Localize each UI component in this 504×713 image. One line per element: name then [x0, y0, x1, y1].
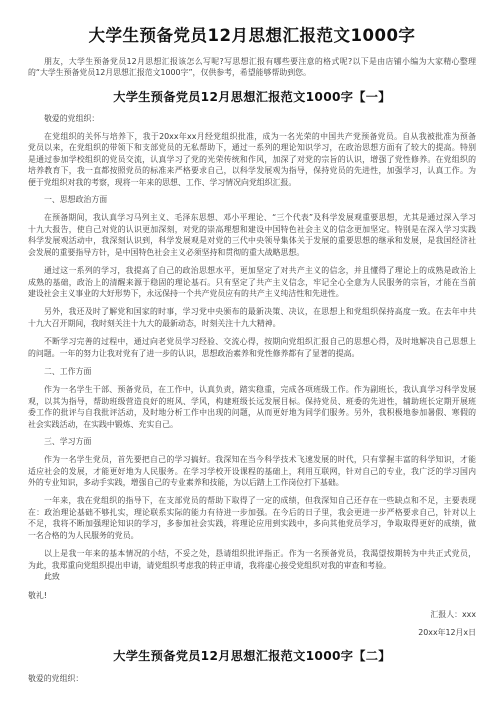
paragraph-line: 会发展的重要指导方针，是中国特色社会主义必须坚持和贯彻的重大战略思想。 [28, 247, 476, 258]
subheading-study: 三、学习方面 [44, 436, 476, 447]
paragraph-line: 以上是我一年来的基本情况的小结，不妥之处，恳请组织批评指正。作为一名预备党员，我… [44, 548, 476, 559]
paragraph-line: 十九大召开期间，我时刻关注十九大的最新动态，时刻关注十九大精神。 [28, 318, 476, 329]
paragraph-line: 的问题。一年的努力让我对党有了进一步的认识，思想政治素养和党性修养都有了显著的提… [28, 348, 476, 359]
paragraph-line: 作为一名学生干部、预备党员，在工作中，认真负责，踏实稳重，完成各项班级工作。作为… [44, 384, 476, 395]
paragraph-line: 建设社会主义事业的大好形势下，永远保持一个共产党员应有的共产主义纯洁性和先进性。 [28, 288, 476, 299]
paragraph-line: 是通过参加学校组织的党员交流，认真学习了党的光荣传统和作风，加深了对党的宗旨的认… [28, 154, 476, 165]
paragraph-line: 不足，我将不断加强理论知识的学习，多参加社会实践，将理论应用到实践中，多向其他党… [28, 518, 476, 529]
paragraph-line: 科学发展观活动中，我深刻认识到，科学发展观是对党的三代中央领导集体关于发展的重要… [28, 235, 476, 246]
paragraph-line: 在党组织的关怀与培养下，我于20xx年xx月经党组织批准，成为一名光荣的中国共产… [44, 131, 476, 142]
salutation: 敬爱的党组织： [44, 113, 476, 124]
paragraph-line: 十九大报告，使自己对党的认识更加深刻，对党的崇高理想和建设中国特色社会主义的信念… [28, 224, 476, 235]
paragraph-line: 便于党组织对我的考察，现将一年来的思想、工作、学习情况向党组织汇报。 [28, 177, 476, 188]
closing-1: 此致 [44, 571, 476, 582]
paragraph-line: 通过这一系列的学习，我提高了自己的政治思想水平，更加坚定了对共产主义的信念，并且… [44, 265, 476, 276]
paragraph-line: 社会实践活动，在实践中锻炼、充实自己。 [28, 419, 476, 430]
paragraph-line: 在：政治理论基础不够扎实，理论联系实际的能力有待进一步加强。在今后的日子里，我会… [28, 507, 476, 518]
paragraph-line: 为此，我郑重向党组织提出申请，请党组织考虑我的转正申请，我将虚心接受党组织对我的… [28, 560, 476, 571]
paragraph-line: 一年来，我在党组织的指导下，在支部党员的帮助下取得了一定的成绩，但我深知自己还存… [44, 495, 476, 506]
signature: 汇报人：xxx [430, 609, 476, 620]
paragraph-line: 适应社会的发展，才能更好地为人民服务。在学习学校开设课程的基础上，利用互联网，针… [28, 466, 476, 477]
subheading-work: 二、工作方面 [44, 366, 476, 377]
paragraph-line: 外的专业知识，多动手实践，增强自己的专业素养和技能，为以后踏上工作岗位打下基础。 [28, 477, 476, 488]
paragraph-line: 在预备期间，我认真学习马列主义、毛泽东思想、邓小平理论、“三个代表”及科学发展观… [44, 212, 476, 223]
paragraph-line: 培养教育下，我一直都按照党员的标准来严格要求自己，以科学发展观为指导，保持党员的… [28, 165, 476, 176]
paragraph-line: 党员以来，在党组织的带领下和支部党员的无私帮助下，通过一系列的理论知识学习，在政… [28, 142, 476, 153]
subheading-politics: 一、思想政治方面 [44, 194, 476, 205]
paragraph-line: 观，以其为指导，帮助班级营造良好的班风、学风，构建班级长远发展目标。保持党员、班… [28, 396, 476, 407]
document-title: 大学生预备党员12月思想汇报范文1000字 [0, 22, 504, 46]
paragraph-line: 成熟的基础，政治上的清醒来源于稳固的理论基石。只有坚定了共产主义信念，牢记全心全… [28, 277, 476, 288]
paragraph-line: 作为一名学生党员，首先要把自己的学习搞好。我深知在当今科学技术飞速发展的时代，只… [44, 454, 476, 465]
paragraph-line: 一名合格的为人民服务的党员。 [28, 530, 476, 541]
salutation: 敬爱的党组织： [28, 673, 476, 684]
intro-line: 朋友，大学生预备党员12月思想汇报该怎么写呢?写思想汇报有哪些要注意的格式呢?以… [44, 56, 476, 67]
section-heading-1: 大学生预备党员12月思想汇报范文1000字【一】 [0, 88, 504, 105]
paragraph-line: 不断学习完善的过程中，通过向老党员学习经验、交流心得，按期向党组织汇报自己的思想… [44, 336, 476, 347]
section-heading-2: 大学生预备党员12月思想汇报范文1000字【二】 [0, 647, 504, 664]
closing-2: 敬礼! [28, 590, 476, 601]
paragraph-line: 委工作的批评与自我批评活动，及时地分析工作中出现的问题，从而更好地为同学们服务。… [28, 407, 476, 418]
paragraph-line: 另外，我还及时了解党和国家的时事，学习党中央颁布的最新决策、决议，在思想上和党组… [44, 306, 476, 317]
report-date: 20xx年12月x日 [418, 627, 476, 638]
intro-line: 的“大学生预备党员12月思想汇报范文1000字”，仅供参考，希望能够帮助到您。 [28, 67, 476, 78]
